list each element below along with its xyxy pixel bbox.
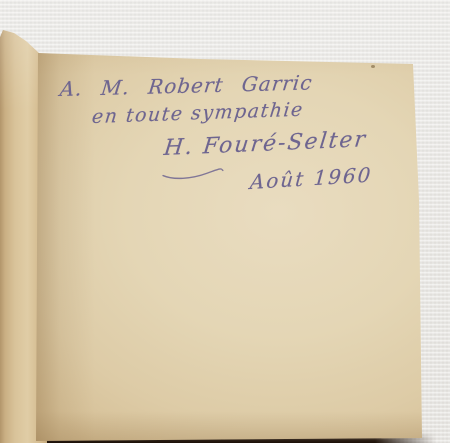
signature-underline-flourish — [161, 166, 226, 181]
book-flyleaf-photo: A. M. Robert Garric en toute sympathie H… — [0, 0, 450, 443]
inscription-date: Août 1960 — [249, 162, 373, 194]
inscription-signature: H. Fouré-Selter — [163, 127, 369, 161]
handwritten-inscription: A. M. Robert Garric en toute sympathie H… — [0, 0, 450, 443]
inscription-dedicatee: A. M. Robert Garric — [59, 70, 314, 101]
inscription-sentiment: en toute sympathie — [91, 99, 305, 128]
